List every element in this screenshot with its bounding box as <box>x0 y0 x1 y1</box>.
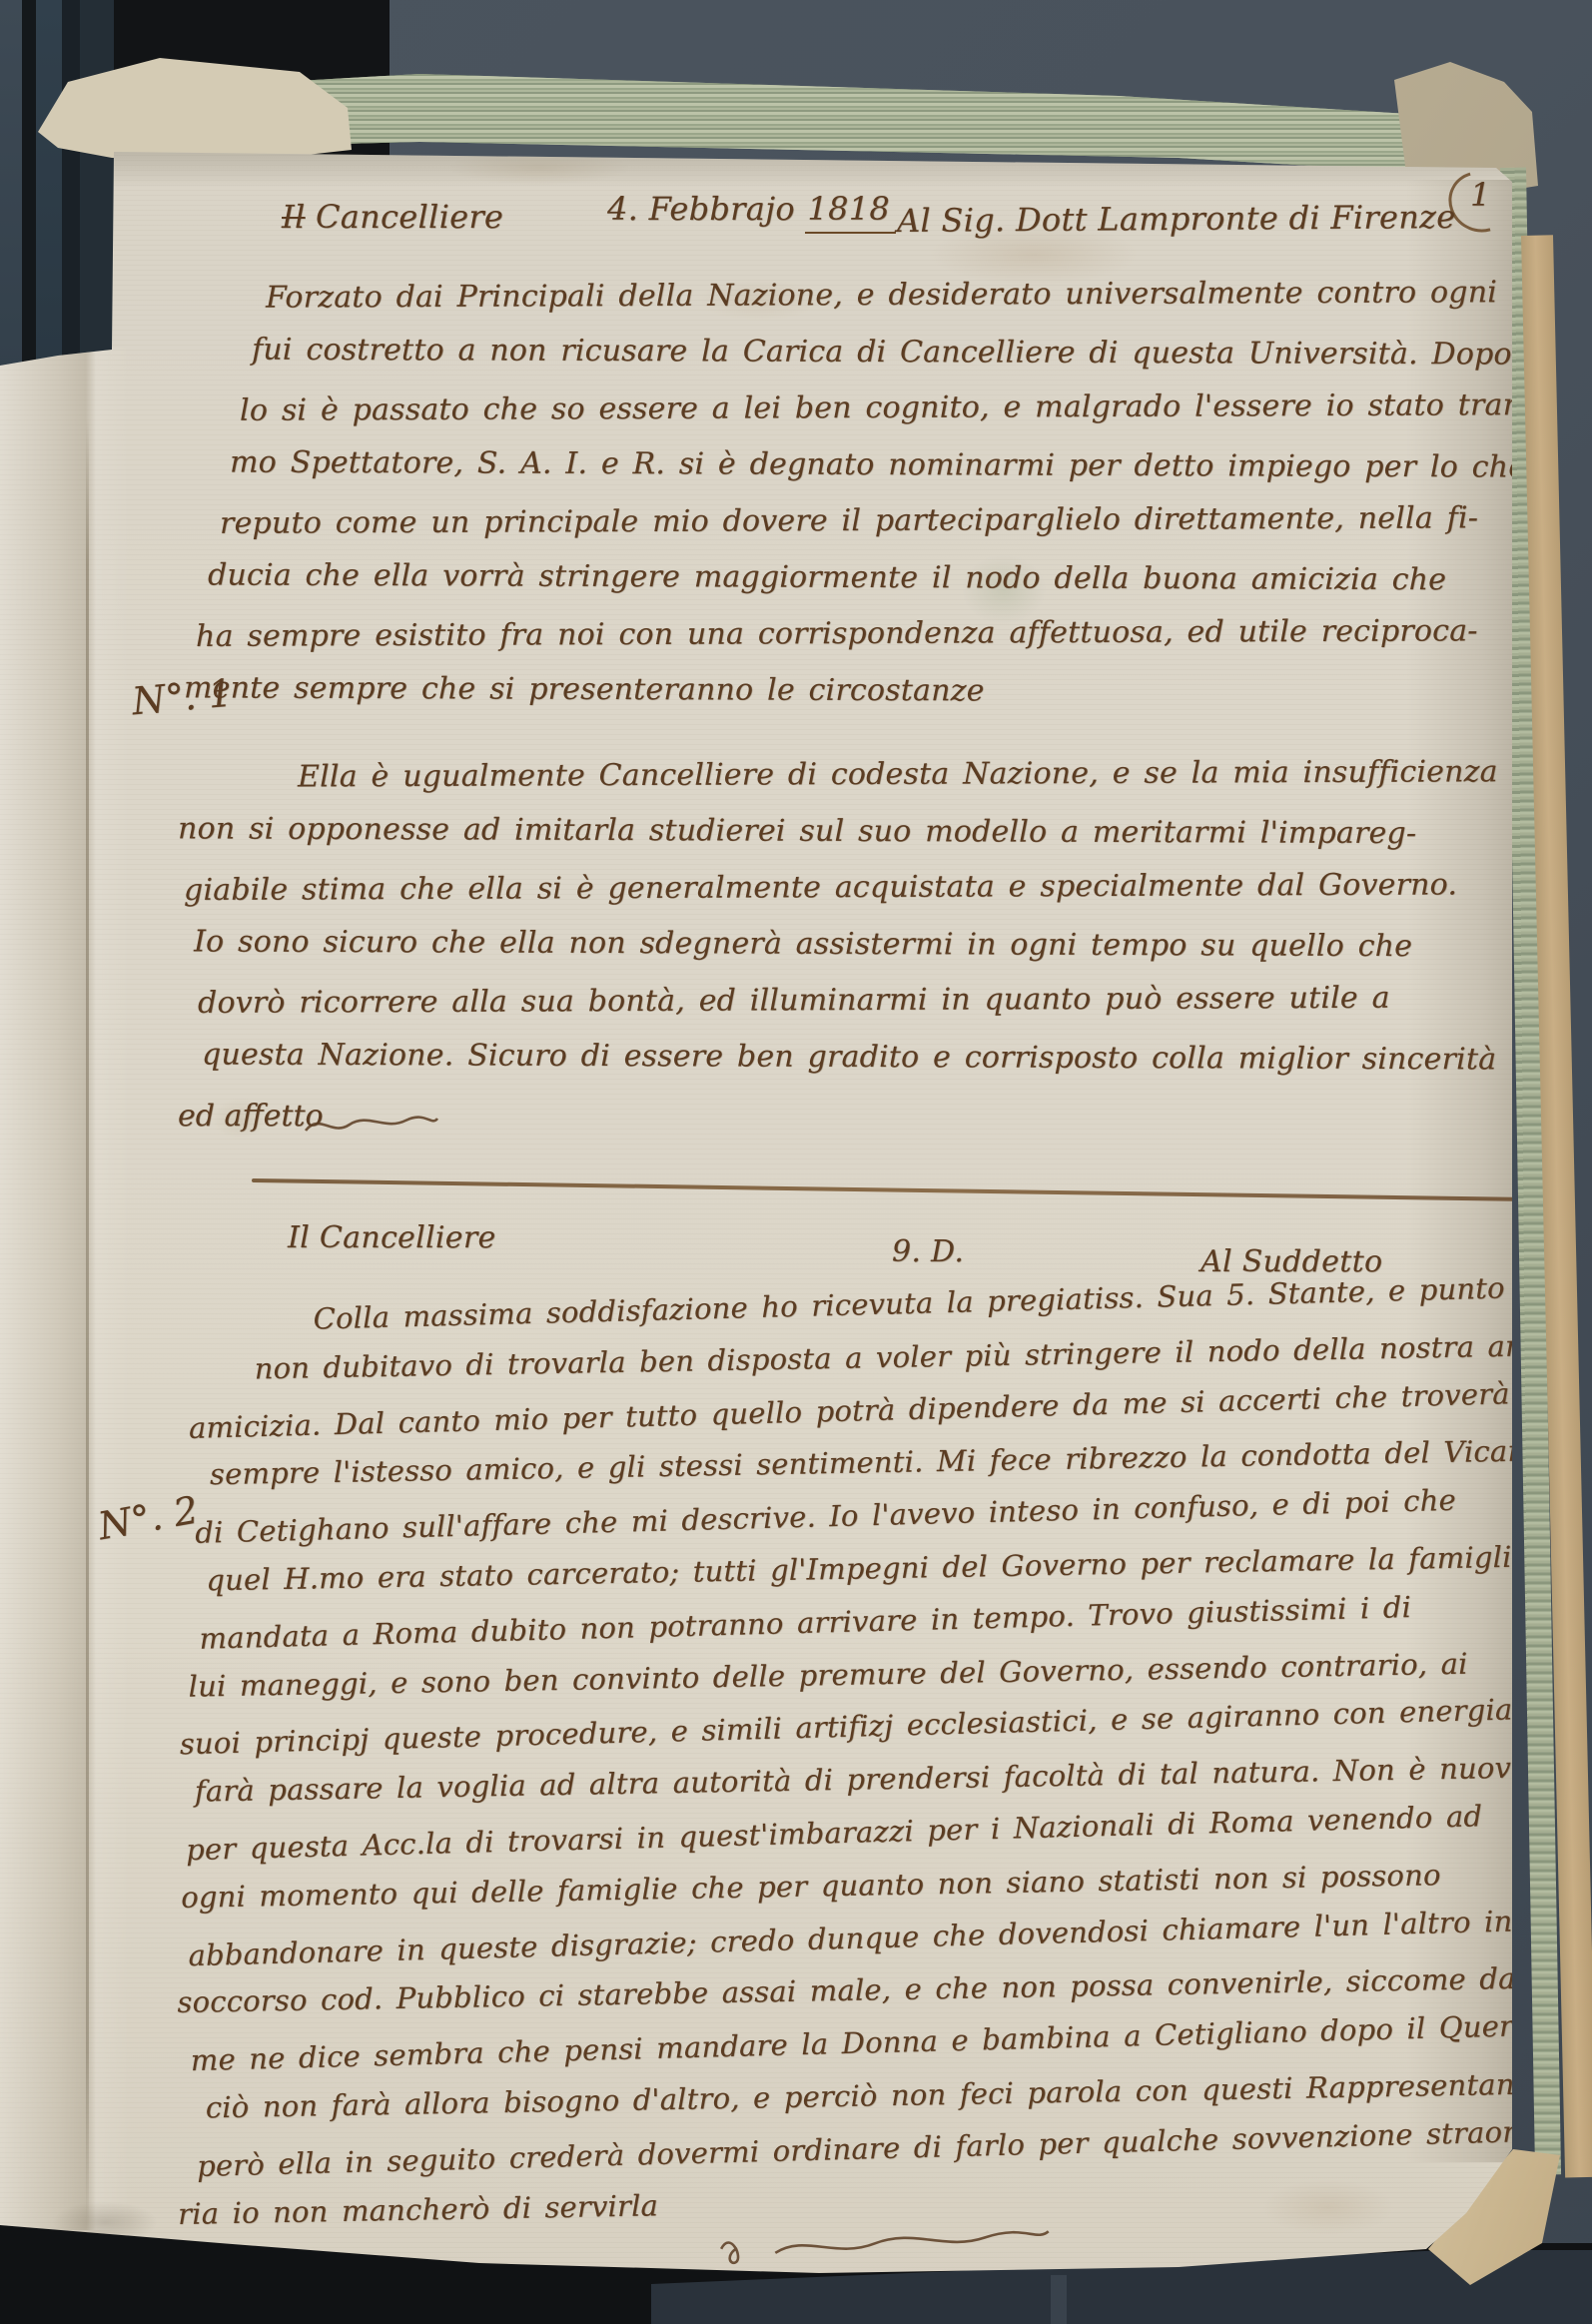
letter2-date: 9. D. <box>892 1234 964 1269</box>
manuscript-page: 1 Il Cancelliere 4. Febbrajo 1818 Al Sig… <box>0 0 1592 2324</box>
manuscript-line: dovrò ricorrere alla sua bontà, ed illum… <box>178 970 1556 1033</box>
letter1-paragraph2: Ella è ugualmente Cancelliere di codesta… <box>178 747 1556 1086</box>
manuscript-line: ducia che ella vorrà stringere maggiorme… <box>180 547 1558 609</box>
manuscript-line: questa Nazione. Sicuro di essere ben gra… <box>178 1027 1556 1089</box>
gutter-shadow <box>0 348 132 2230</box>
manuscript-line: Io sono sicuro che ella non sdegnerà ass… <box>178 914 1556 976</box>
section-divider-rule <box>252 1178 1534 1201</box>
page-number: 1 <box>1446 168 1518 234</box>
cradle-edge-highlight <box>1051 2275 1067 2324</box>
spine-groove <box>22 0 36 368</box>
letter1-recipient: Al Sig. Dott Lampronte di Firenze <box>897 198 1456 240</box>
manuscript-line: giabile stima che ella si è generalmente… <box>178 857 1556 920</box>
photographed-book-scene: 1 Il Cancelliere 4. Febbrajo 1818 Al Sig… <box>0 0 1592 2324</box>
letter1-date: 4. Febbrajo 1818 <box>607 190 896 228</box>
closing-flourish-letter1 <box>302 1111 441 1141</box>
letter1-sender: Il Cancelliere <box>282 198 503 236</box>
page-number-digit: 1 <box>1470 176 1490 214</box>
manuscript-line: reputo come un principale mio dovere il … <box>180 490 1558 553</box>
letter2-paragraph1: Colla massima soddisfazione ho ricevuta … <box>148 1264 1546 2243</box>
letter1-date-year: 1818 <box>805 190 896 234</box>
manuscript-line: Ella è ugualmente Cancelliere di codesta… <box>178 744 1556 807</box>
letter1-paragraph1: Forzato dai Principali della Nazione, e … <box>180 268 1558 719</box>
letter1-sender-title: Cancelliere <box>316 198 503 236</box>
manuscript-line: lo si è passato che so essere a lei ben … <box>180 378 1558 440</box>
letter2-sender: Il Cancelliere <box>288 1220 496 1255</box>
letter1-date-daymonth: 4. Febbrajo <box>607 190 795 228</box>
manuscript-line: mo Spettatore, S. A. I. e R. si è degnat… <box>180 434 1558 496</box>
spine-groove-2 <box>62 0 80 360</box>
book-cover-board <box>0 0 22 372</box>
gutter-crease-line <box>86 419 89 2232</box>
manuscript-line: fui costretto a non ricusare la Carica d… <box>180 322 1558 384</box>
manuscript-line: ha sempre esistito fra noi con una corri… <box>180 603 1558 666</box>
manuscript-line: mente sempre che si presenteranno le cir… <box>180 660 1558 722</box>
spine-strip-2 <box>80 0 114 356</box>
spine-strip <box>36 0 62 364</box>
manuscript-line: Forzato dai Principali della Nazione, e … <box>180 265 1558 328</box>
manuscript-line: non si opponesse ad imitarla studierei s… <box>178 801 1556 863</box>
margin-note-1: N°. 1 <box>130 671 234 724</box>
letter1-sender-struck-word: Il <box>282 198 305 236</box>
